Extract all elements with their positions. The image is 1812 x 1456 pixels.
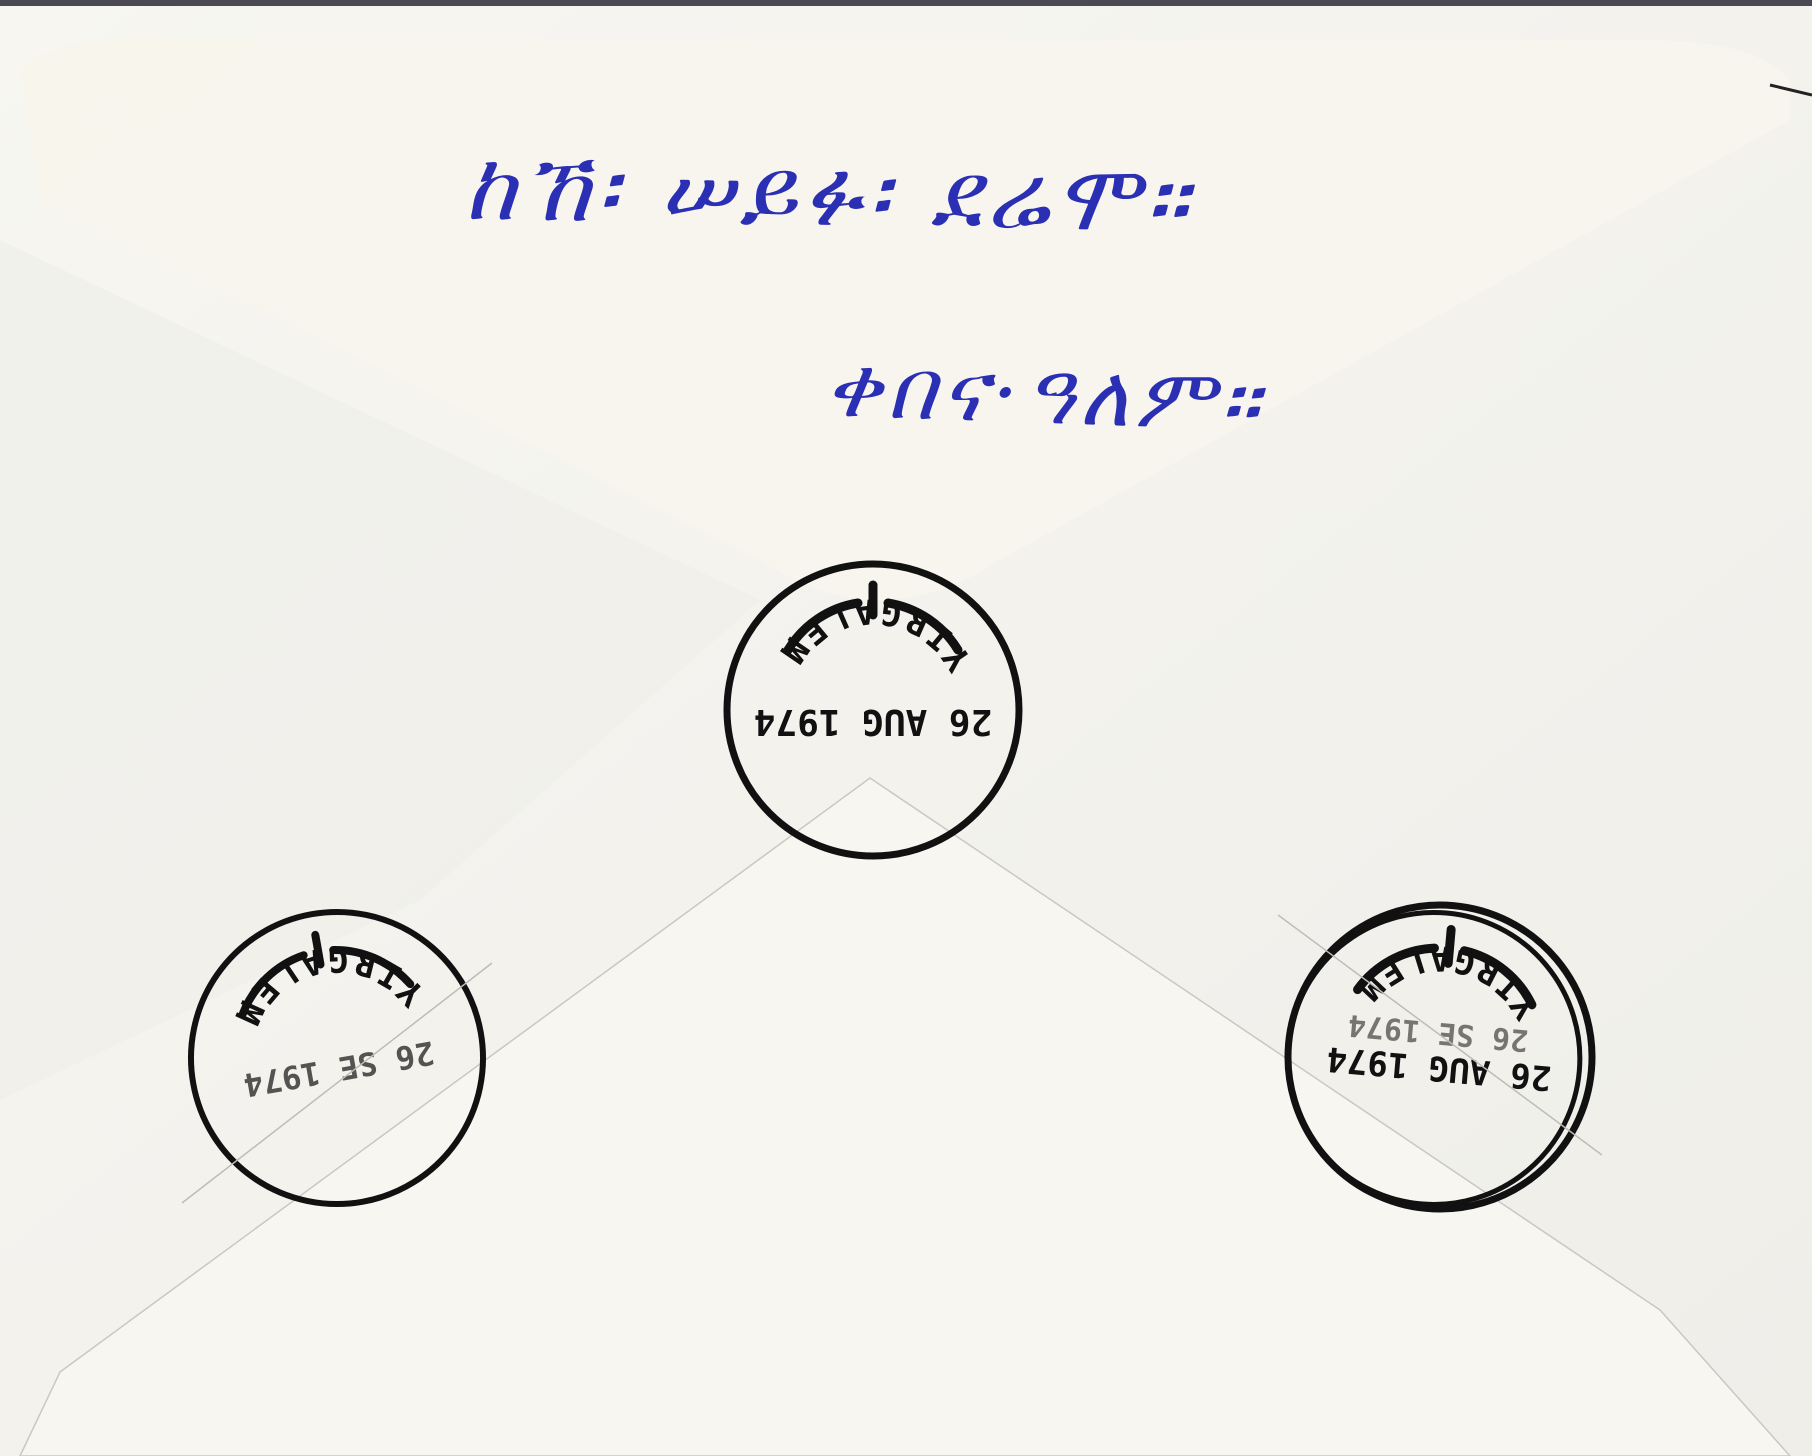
postmark-center: YIRGALEM 26 AUG 1974 <box>718 555 1028 865</box>
handwritten-sender-name: ከኸ፡ ሠይፉ፡ ደሬሞ። <box>464 134 1195 256</box>
postmark-left: YIRGALEM 26 SE 1974 <box>182 903 492 1213</box>
postmark-date: 26 SE 1974 <box>241 1033 437 1104</box>
handwritten-sender-address: ቀበና·ዓለም። <box>823 337 1266 451</box>
svg-text:YIRGALEM: YIRGALEM <box>211 921 437 1045</box>
postmark-town: YIRGALEM <box>211 921 437 1045</box>
postmark-date: 26 AUG 1974 <box>754 701 992 742</box>
postmark-right: YIRGALEM 26 AUG 1974 26 SE 1974 <box>1278 895 1602 1219</box>
